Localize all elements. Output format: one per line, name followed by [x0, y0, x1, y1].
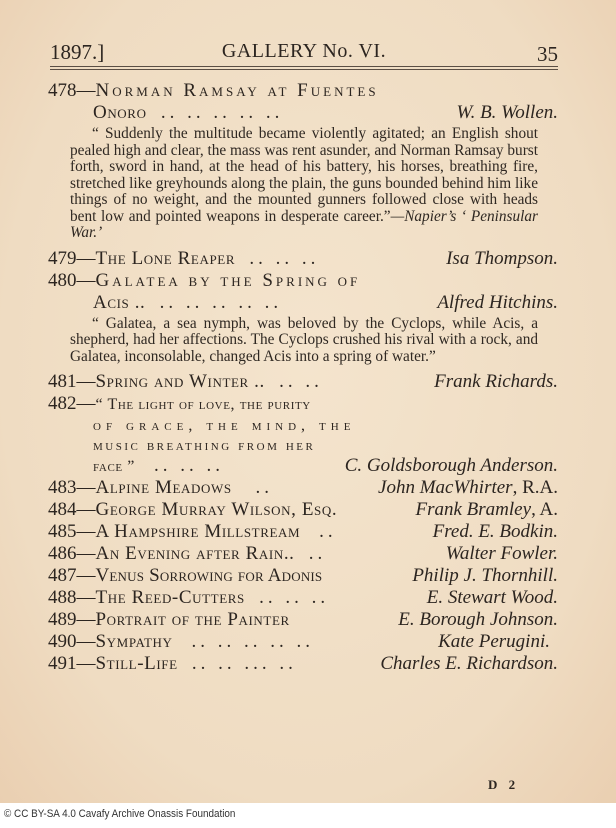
catalogue-entry: 482—“ The light of love, the purity of g…	[48, 393, 558, 477]
entry-title: A Hampshire Millstream	[96, 521, 301, 542]
entry-title: Venus Sorrowing for Adonis	[96, 565, 323, 586]
entry-number: 483	[48, 477, 77, 499]
entry-title-line: Galatea by the Spring of	[96, 270, 361, 291]
entry-title: Portrait of the Painter	[96, 609, 290, 630]
header-title: GALLERY No. VI.	[50, 40, 558, 63]
entry-title-line: face ”	[93, 458, 135, 475]
dot-leader: ..	[319, 521, 337, 542]
catalogue-entry: 490—Sympathy .. .. .. .. ..Kate Perugini…	[48, 631, 558, 653]
catalogue-entries: 478—Norman Ramsay at Fuentes Onoro .. ..…	[48, 80, 558, 675]
scanned-page: 1897.] GALLERY No. VI. 35 478—Norman Ram…	[0, 0, 616, 803]
entry-title-line: music breathing from her	[93, 437, 315, 454]
entry-title-line: Onoro	[93, 102, 147, 123]
dot-leader: .. .. ..	[259, 587, 329, 608]
dot-leader: .. .. .. .. ..	[192, 631, 315, 652]
quote-text: “ Galatea, a sea nymph, was beloved by t…	[70, 315, 538, 365]
dot-leader: .. .. .. .. ..	[160, 292, 283, 313]
running-header: 1897.] GALLERY No. VI. 35	[50, 38, 558, 68]
entry-artist: Walter Fowler.	[446, 543, 558, 565]
artist-name: Frank Bramley	[416, 499, 532, 520]
dot-leader: .. .. ... ..	[192, 653, 297, 674]
entry-artist: Alfred Hitchins.	[437, 292, 558, 314]
entry-number: 489	[48, 609, 77, 631]
dot-leader: ..	[255, 477, 273, 498]
catalogue-entry: 488—The Reed-Cutters .. .. ..E. Stewart …	[48, 587, 558, 609]
entry-number: 491	[48, 653, 77, 675]
entry-artist: Charles E. Richardson.	[380, 653, 558, 675]
catalogue-entry: 486—An Evening after Rain.. ..Walter Fow…	[48, 543, 558, 565]
entry-quote: “ Galatea, a sea nymph, was beloved by t…	[70, 316, 538, 366]
entry-number: 487	[48, 565, 77, 587]
catalogue-entry: 491—Still-Life .. .. ... ..Charles E. Ri…	[48, 653, 558, 675]
dot-leader: .. .. ..	[154, 455, 224, 476]
entry-artist: Frank Richards.	[434, 371, 558, 393]
entry-number: 488	[48, 587, 77, 609]
entry-number: 480	[48, 270, 77, 292]
artist-honour: , A.	[531, 499, 558, 520]
entry-number: 481	[48, 371, 77, 393]
entry-title: Spring and Winter ..	[96, 371, 265, 392]
entry-artist: Fred. E. Bodkin.	[433, 521, 558, 543]
entry-artist: E. Borough Johnson.	[398, 609, 558, 631]
catalogue-entry: 483—Alpine Meadows ..John MacWhirter, R.…	[48, 477, 558, 499]
dot-leader: .. .. ..	[249, 248, 319, 269]
dot-leader: ..	[309, 543, 327, 564]
entry-artist: W. B. Wollen.	[456, 102, 558, 124]
entry-artist: E. Stewart Wood.	[427, 587, 558, 609]
entry-title-line: of grace, the mind, the	[93, 417, 355, 434]
signature-mark: D 2	[488, 777, 519, 793]
entry-title: Alpine Meadows	[96, 477, 232, 498]
entry-number: 486	[48, 543, 77, 565]
entry-quote: “ Suddenly the multitude became violentl…	[70, 126, 538, 242]
entry-artist: C. Goldsborough Anderson.	[345, 455, 558, 477]
entry-title: Still-Life	[96, 653, 178, 674]
catalogue-entry: 479—The Lone Reaper .. .. ..Isa Thompson…	[48, 248, 558, 270]
entry-artist: John MacWhirter, R.A.	[378, 477, 558, 499]
entry-artist: Frank Bramley, A.	[416, 499, 559, 521]
entry-title: The Reed-Cutters	[96, 587, 245, 608]
entry-title-line: Acis ..	[93, 292, 145, 313]
catalogue-entry: 487—Venus Sorrowing for AdonisPhilip J. …	[48, 565, 558, 587]
dot-leader: .. .. .. .. ..	[161, 102, 284, 123]
entry-title: The Lone Reaper	[96, 248, 236, 269]
catalogue-entry: 480—Galatea by the Spring of Acis .. .. …	[48, 270, 558, 366]
copyright-footer: © CC BY-SA 4.0 Cavafy Archive Onassis Fo…	[4, 808, 235, 820]
entry-number: 485	[48, 521, 77, 543]
dot-leader: .. ..	[279, 371, 323, 392]
catalogue-entry: 489—Portrait of the PainterE. Borough Jo…	[48, 609, 558, 631]
catalogue-entry: 478—Norman Ramsay at Fuentes Onoro .. ..…	[48, 80, 558, 242]
entry-number: 479	[48, 248, 77, 270]
entry-title: Sympathy	[96, 631, 173, 652]
entry-number: 484	[48, 499, 77, 521]
catalogue-entry: 481—Spring and Winter .. .. ..Frank Rich…	[48, 371, 558, 393]
entry-number: 478	[48, 80, 77, 102]
entry-title: George Murray Wilson, Esq.	[96, 499, 338, 520]
entry-number: 482	[48, 393, 77, 415]
artist-name: John MacWhirter	[378, 477, 513, 498]
entry-number: 490	[48, 631, 77, 653]
catalogue-entry: 485—A Hampshire Millstream ..Fred. E. Bo…	[48, 521, 558, 543]
header-rule-bottom	[50, 69, 558, 70]
entry-artist: Isa Thompson.	[446, 248, 558, 270]
artist-honour: , R.A.	[513, 477, 558, 498]
entry-title: An Evening after Rain..	[96, 543, 295, 564]
entry-artist: Philip J. Thornhill.	[412, 565, 558, 587]
entry-title-line: Norman Ramsay at Fuentes	[96, 80, 379, 101]
catalogue-entry: 484—George Murray Wilson, Esq.Frank Bram…	[48, 499, 558, 521]
header-rule-top	[50, 66, 558, 67]
page-number: 35	[537, 42, 558, 67]
entry-artist: Kate Perugini.	[438, 631, 550, 653]
entry-title-line: “ The light of love, the purity	[96, 396, 311, 413]
